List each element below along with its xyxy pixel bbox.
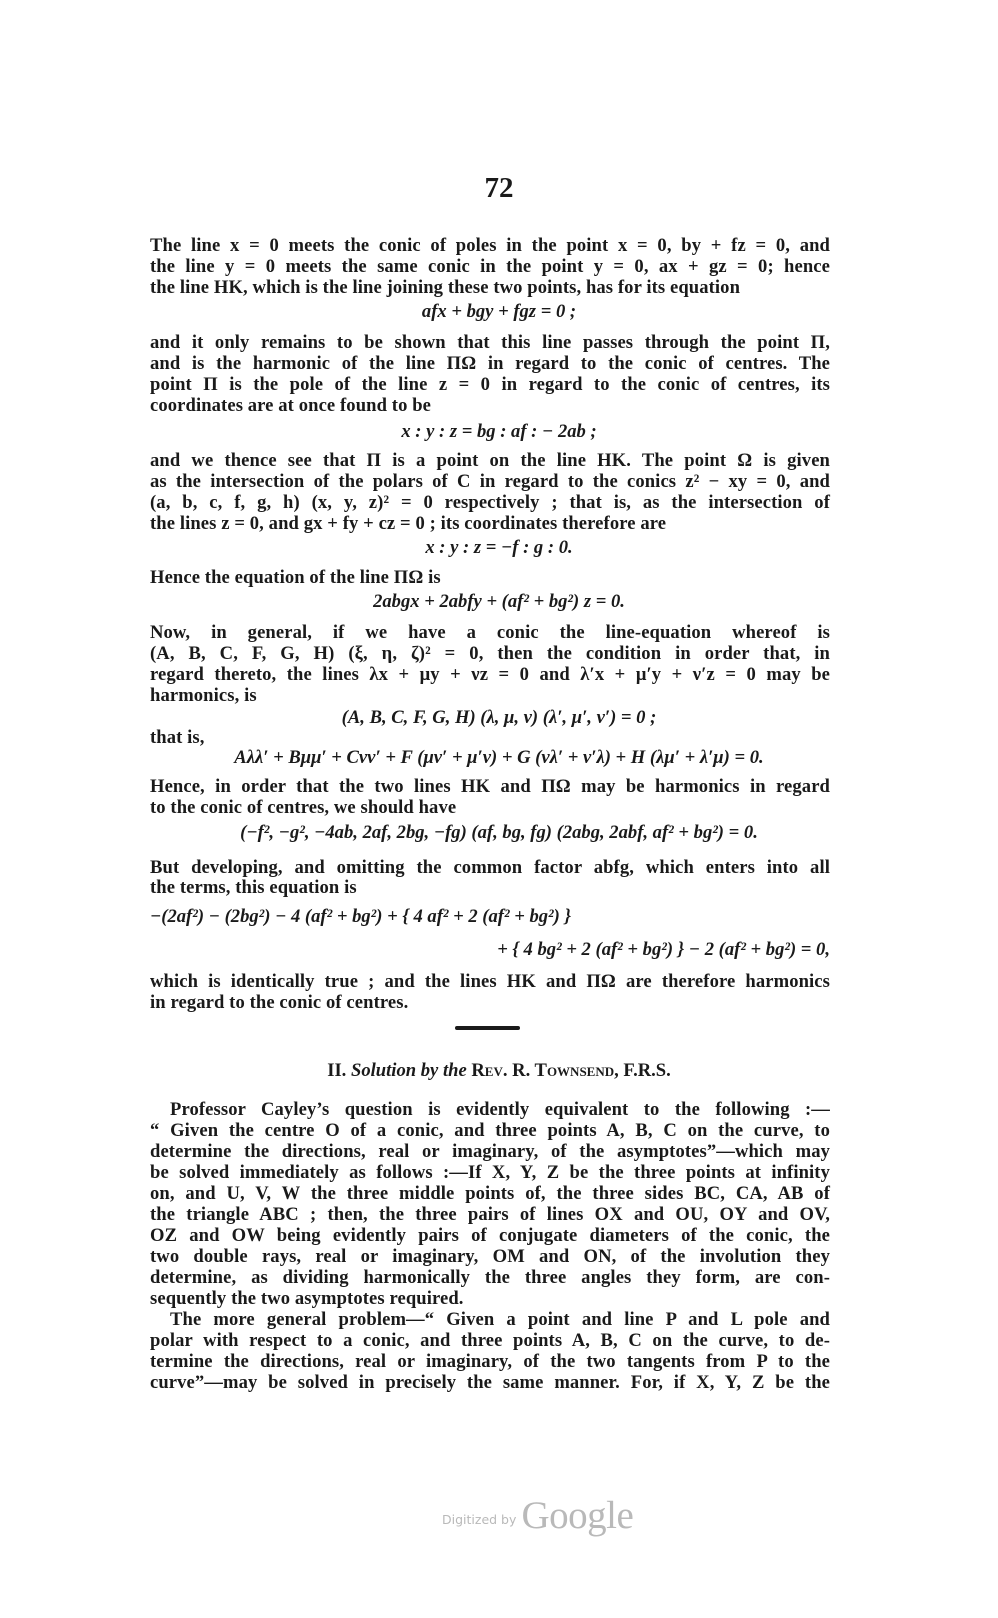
paragraph-line: determine the directions, real or imagin…: [150, 1141, 830, 1162]
heading-italic: Solution by the: [351, 1060, 467, 1081]
equation: (A, B, C, F, G, H) (λ, μ, ν) (λ′, μ′, ν′…: [0, 707, 998, 729]
paragraph-line: Hence, in order that the two lines HK an…: [150, 776, 830, 797]
paragraph-line: (a, b, c, f, g, h) (x, y, z)² = 0 respec…: [150, 492, 830, 513]
paragraph-line: Hence the equation of the line ΠΩ is: [150, 567, 830, 588]
paragraph-line: and it only remains to be shown that thi…: [150, 332, 830, 353]
paragraph-line: and we thence see that Π is a point on t…: [150, 450, 830, 471]
paragraph-line: harmonics, is: [150, 685, 830, 706]
paragraph-line: the line HK, which is the line joining t…: [150, 277, 830, 298]
watermark-prefix: Digitized by: [442, 1512, 516, 1527]
section-heading: II. Solution by the Rev. R. Townsend, F.…: [0, 1060, 998, 1082]
equation: x : y : z = bg : af : − 2ab ;: [0, 421, 998, 443]
equation: (−f², −g², −4ab, 2af, 2bg, −fg) (af, bg,…: [0, 822, 998, 844]
paragraph-line: that is,: [150, 727, 830, 748]
paragraph-line: Professor Cayley’s question is evidently…: [170, 1099, 830, 1120]
google-logo: Google: [521, 1494, 633, 1537]
paragraph-line: coordinates are at once found to be: [150, 395, 830, 416]
paragraph-line: sequently the two asymptotes required.: [150, 1288, 830, 1309]
heading-number: II.: [327, 1060, 346, 1081]
paragraph-line: But developing, and omitting the common …: [150, 857, 830, 878]
paragraph-line: and is the harmonic of the line ΠΩ in re…: [150, 353, 830, 374]
equation: −(2af²) − (2bg²) − 4 (af² + bg²) + { 4 a…: [150, 906, 571, 928]
paragraph-line: The more general problem—“ Given a point…: [170, 1309, 830, 1330]
equation: + { 4 bg² + 2 (af² + bg²) } − 2 (af² + b…: [0, 939, 830, 961]
paragraph-line: the terms, this equation is: [150, 877, 830, 898]
paragraph-line: two double rays, real or imaginary, OM a…: [150, 1246, 830, 1267]
paragraph-line: The line x = 0 meets the conic of poles …: [150, 235, 830, 256]
page-number: 72: [0, 172, 998, 205]
section-divider: [455, 1026, 520, 1030]
paragraph-line: termine the directions, real or imaginar…: [150, 1351, 830, 1372]
paragraph-line: curve”—may be solved in precisely the sa…: [150, 1372, 830, 1393]
paragraph-line: regard thereto, the lines λx + μy + νz =…: [150, 664, 830, 685]
paragraph-line: OZ and OW being evidently pairs of conju…: [150, 1225, 830, 1246]
paragraph-line: in regard to the conic of centres.: [150, 992, 830, 1013]
paragraph-line: be solved immediately as follows :—If X,…: [150, 1162, 830, 1183]
equation: afx + bgy + fgz = 0 ;: [0, 301, 998, 323]
paragraph-line: the lines z = 0, and gx + fy + cz = 0 ; …: [150, 513, 830, 534]
equation: Aλλ′ + Bμμ′ + Cνν′ + F (μν′ + μ′ν) + G (…: [0, 747, 998, 769]
heading-author: Rev. R. Townsend, F.R.S.: [471, 1060, 670, 1081]
paragraph-line: “ Given the centre O of a conic, and thr…: [150, 1120, 830, 1141]
paragraph-line: point Π is the pole of the line z = 0 in…: [150, 374, 830, 395]
paragraph-line: the line y = 0 meets the same conic in t…: [150, 256, 830, 277]
paragraph-line: to the conic of centres, we should have: [150, 797, 830, 818]
paragraph-line: determine, as dividing harmonically the …: [150, 1267, 830, 1288]
paragraph-line: polar with respect to a conic, and three…: [150, 1330, 830, 1351]
paragraph-line: (A, B, C, F, G, H) (ξ, η, ζ)² = 0, then …: [150, 643, 830, 664]
paragraph-line: as the intersection of the polars of C i…: [150, 471, 830, 492]
paragraph-line: on, and U, V, W the three middle points …: [150, 1183, 830, 1204]
google-watermark: Digitized by Google: [442, 1493, 633, 1538]
paragraph-line: Now, in general, if we have a conic the …: [150, 622, 830, 643]
paragraph-line: the triangle ABC ; then, the three pairs…: [150, 1204, 830, 1225]
paragraph-line: which is identically true ; and the line…: [150, 971, 830, 992]
equation: x : y : z = −f : g : 0.: [0, 537, 998, 559]
equation: 2abgx + 2abfy + (af² + bg²) z = 0.: [0, 591, 998, 613]
